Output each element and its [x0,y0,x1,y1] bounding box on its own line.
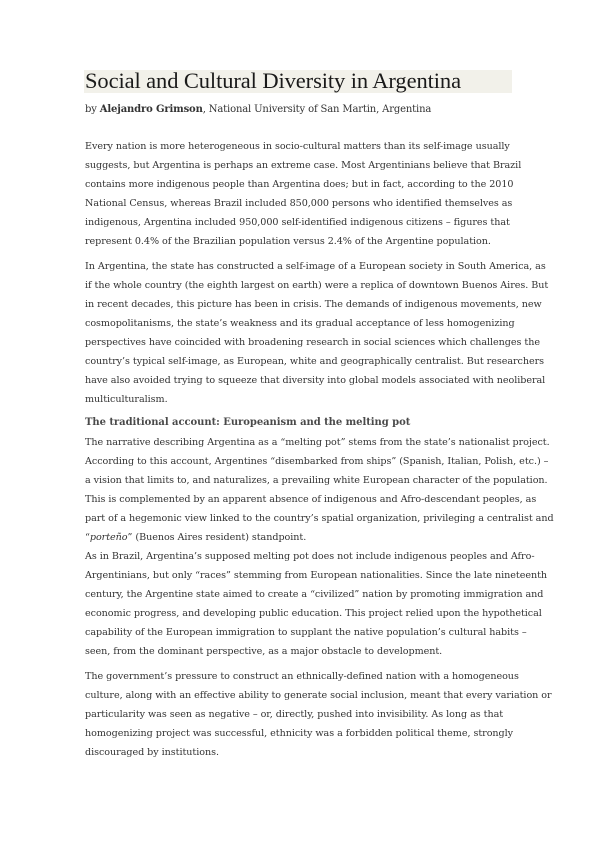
text-line: homogenizing project was successful, eth… [85,724,515,743]
section-heading: The traditional account: Europeanism and… [85,416,410,430]
text-line: contains more indigenous people than Arg… [85,175,515,194]
text-line: This is complemented by an apparent abse… [85,490,515,509]
text-line: if the whole country (the eighth largest… [85,276,515,295]
text-line: Argentinians, but only “races” stemming … [85,566,515,585]
italic-term-porteno: porteño [90,532,128,543]
author-affiliation: , National University of San Martin, Arg… [203,104,432,115]
text-line: National Census, whereas Brazil included… [85,194,515,213]
paragraph-intro: Every nation is more heterogeneous in so… [85,137,515,251]
text-line: Every nation is more heterogeneous in so… [85,137,515,156]
byline: by Alejandro Grimson, National Universit… [85,103,431,117]
text-line: The government’s pressure to construct a… [85,667,515,686]
text-line: culture, along with an effective ability… [85,686,515,705]
text-line: suggests, but Argentina is perhaps an ex… [85,156,515,175]
text-line: seen, from the dominant perspective, as … [85,642,515,661]
text-line: century, the Argentine state aimed to cr… [85,585,515,604]
text-line: The narrative describing Argentina as a … [85,433,515,452]
document-title: Social and Cultural Diversity in Argenti… [85,68,461,94]
text-line: part of a hegemonic view linked to the c… [85,509,515,528]
text-line: In Argentina, the state has constructed … [85,257,515,276]
author-name: Alejandro Grimson [100,104,203,115]
text-fragment: ” (Buenos Aires resident) standpoint. [128,532,307,543]
text-line: cosmopolitanisms, the state’s weakness a… [85,314,515,333]
byline-prefix: by [85,104,100,115]
text-line: economic progress, and developing public… [85,604,515,623]
text-line: perspectives have coincided with broaden… [85,333,515,352]
text-line: represent 0.4% of the Brazilian populati… [85,232,515,251]
text-line: capability of the European immigration t… [85,623,515,642]
text-line: a vision that limits to, and naturalizes… [85,471,515,490]
text-line: indigenous, Argentina included 950,000 s… [85,213,515,232]
text-line: multiculturalism. [85,390,515,409]
paragraph-brazil-comparison: As in Brazil, Argentina’s supposed melti… [85,547,515,661]
text-line-last: “porteño” (Buenos Aires resident) standp… [85,528,515,547]
text-line: discouraged by institutions. [85,743,515,762]
paragraph-self-image: In Argentina, the state has constructed … [85,257,515,409]
text-line: have also avoided trying to squeeze that… [85,371,515,390]
text-line: According to this account, Argentines “d… [85,452,515,471]
text-line: in recent decades, this picture has been… [85,295,515,314]
paragraph-government-pressure: The government’s pressure to construct a… [85,667,515,762]
text-line: country’s typical self-image, as Europea… [85,352,515,371]
paragraph-melting-pot: The narrative describing Argentina as a … [85,433,515,547]
text-line: As in Brazil, Argentina’s supposed melti… [85,547,515,566]
text-line: particularity was seen as negative – or,… [85,705,515,724]
